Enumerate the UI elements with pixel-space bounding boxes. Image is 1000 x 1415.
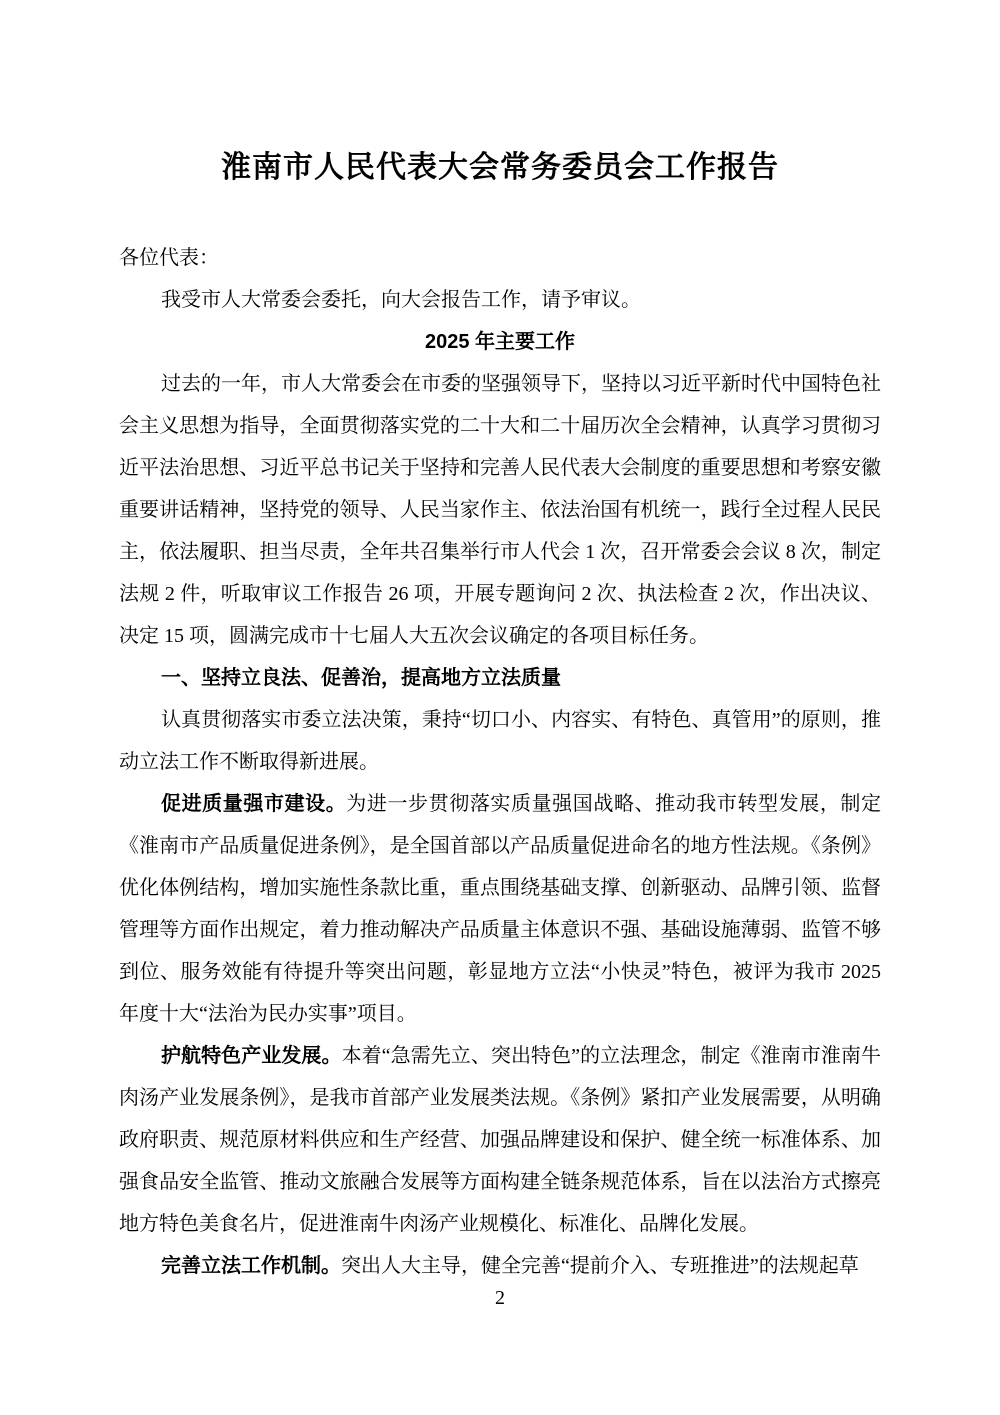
- industry-paragraph-lead: 护航特色产业发展。: [161, 1045, 342, 1067]
- section-title-2025: 2025 年主要工作: [119, 321, 881, 363]
- industry-paragraph-text: 本着“急需先立、突出特色”的立法理念，制定《淮南市淮南牛肉汤产业发展条例》，是我…: [119, 1045, 881, 1235]
- salutation: 各位代表：: [119, 237, 881, 279]
- overview-paragraph: 过去的一年，市人大常委会在市委的坚强领导下，坚持以习近平新时代中国特色社会主义思…: [119, 363, 881, 657]
- part-one-heading: 一、坚持立良法、促善治，提高地方立法质量: [119, 657, 881, 699]
- quality-paragraph-lead: 促进质量强市建设。: [161, 793, 346, 815]
- document-page: 淮南市人民代表大会常务委员会工作报告 各位代表： 我受市人大常委会委托，向大会报…: [0, 0, 1000, 1415]
- mechanism-paragraph-text: 突出人大主导，健全完善“提前介入、专班推进”的法规起草: [341, 1255, 859, 1277]
- document-title: 淮南市人民代表大会常务委员会工作报告: [0, 148, 1000, 188]
- intro-paragraph: 我受市人大常委会委托，向大会报告工作，请予审议。: [119, 279, 881, 321]
- document-body: 各位代表： 我受市人大常委会委托，向大会报告工作，请予审议。 2025 年主要工…: [119, 237, 881, 1287]
- mechanism-paragraph: 完善立法工作机制。突出人大主导，健全完善“提前介入、专班推进”的法规起草: [119, 1245, 881, 1287]
- quality-paragraph-text: 为进一步贯彻落实质量强国战略、推动我市转型发展，制定《淮南市产品质量促进条例》，…: [119, 793, 881, 1025]
- quality-paragraph: 促进质量强市建设。为进一步贯彻落实质量强国战略、推动我市转型发展，制定《淮南市产…: [119, 783, 881, 1035]
- part-one-intro-paragraph: 认真贯彻落实市委立法决策，秉持“切口小、内容实、有特色、真管用”的原则，推动立法…: [119, 699, 881, 783]
- mechanism-paragraph-lead: 完善立法工作机制。: [161, 1255, 341, 1277]
- page-number: 2: [0, 1283, 1000, 1313]
- industry-paragraph: 护航特色产业发展。本着“急需先立、突出特色”的立法理念，制定《淮南市淮南牛肉汤产…: [119, 1035, 881, 1245]
